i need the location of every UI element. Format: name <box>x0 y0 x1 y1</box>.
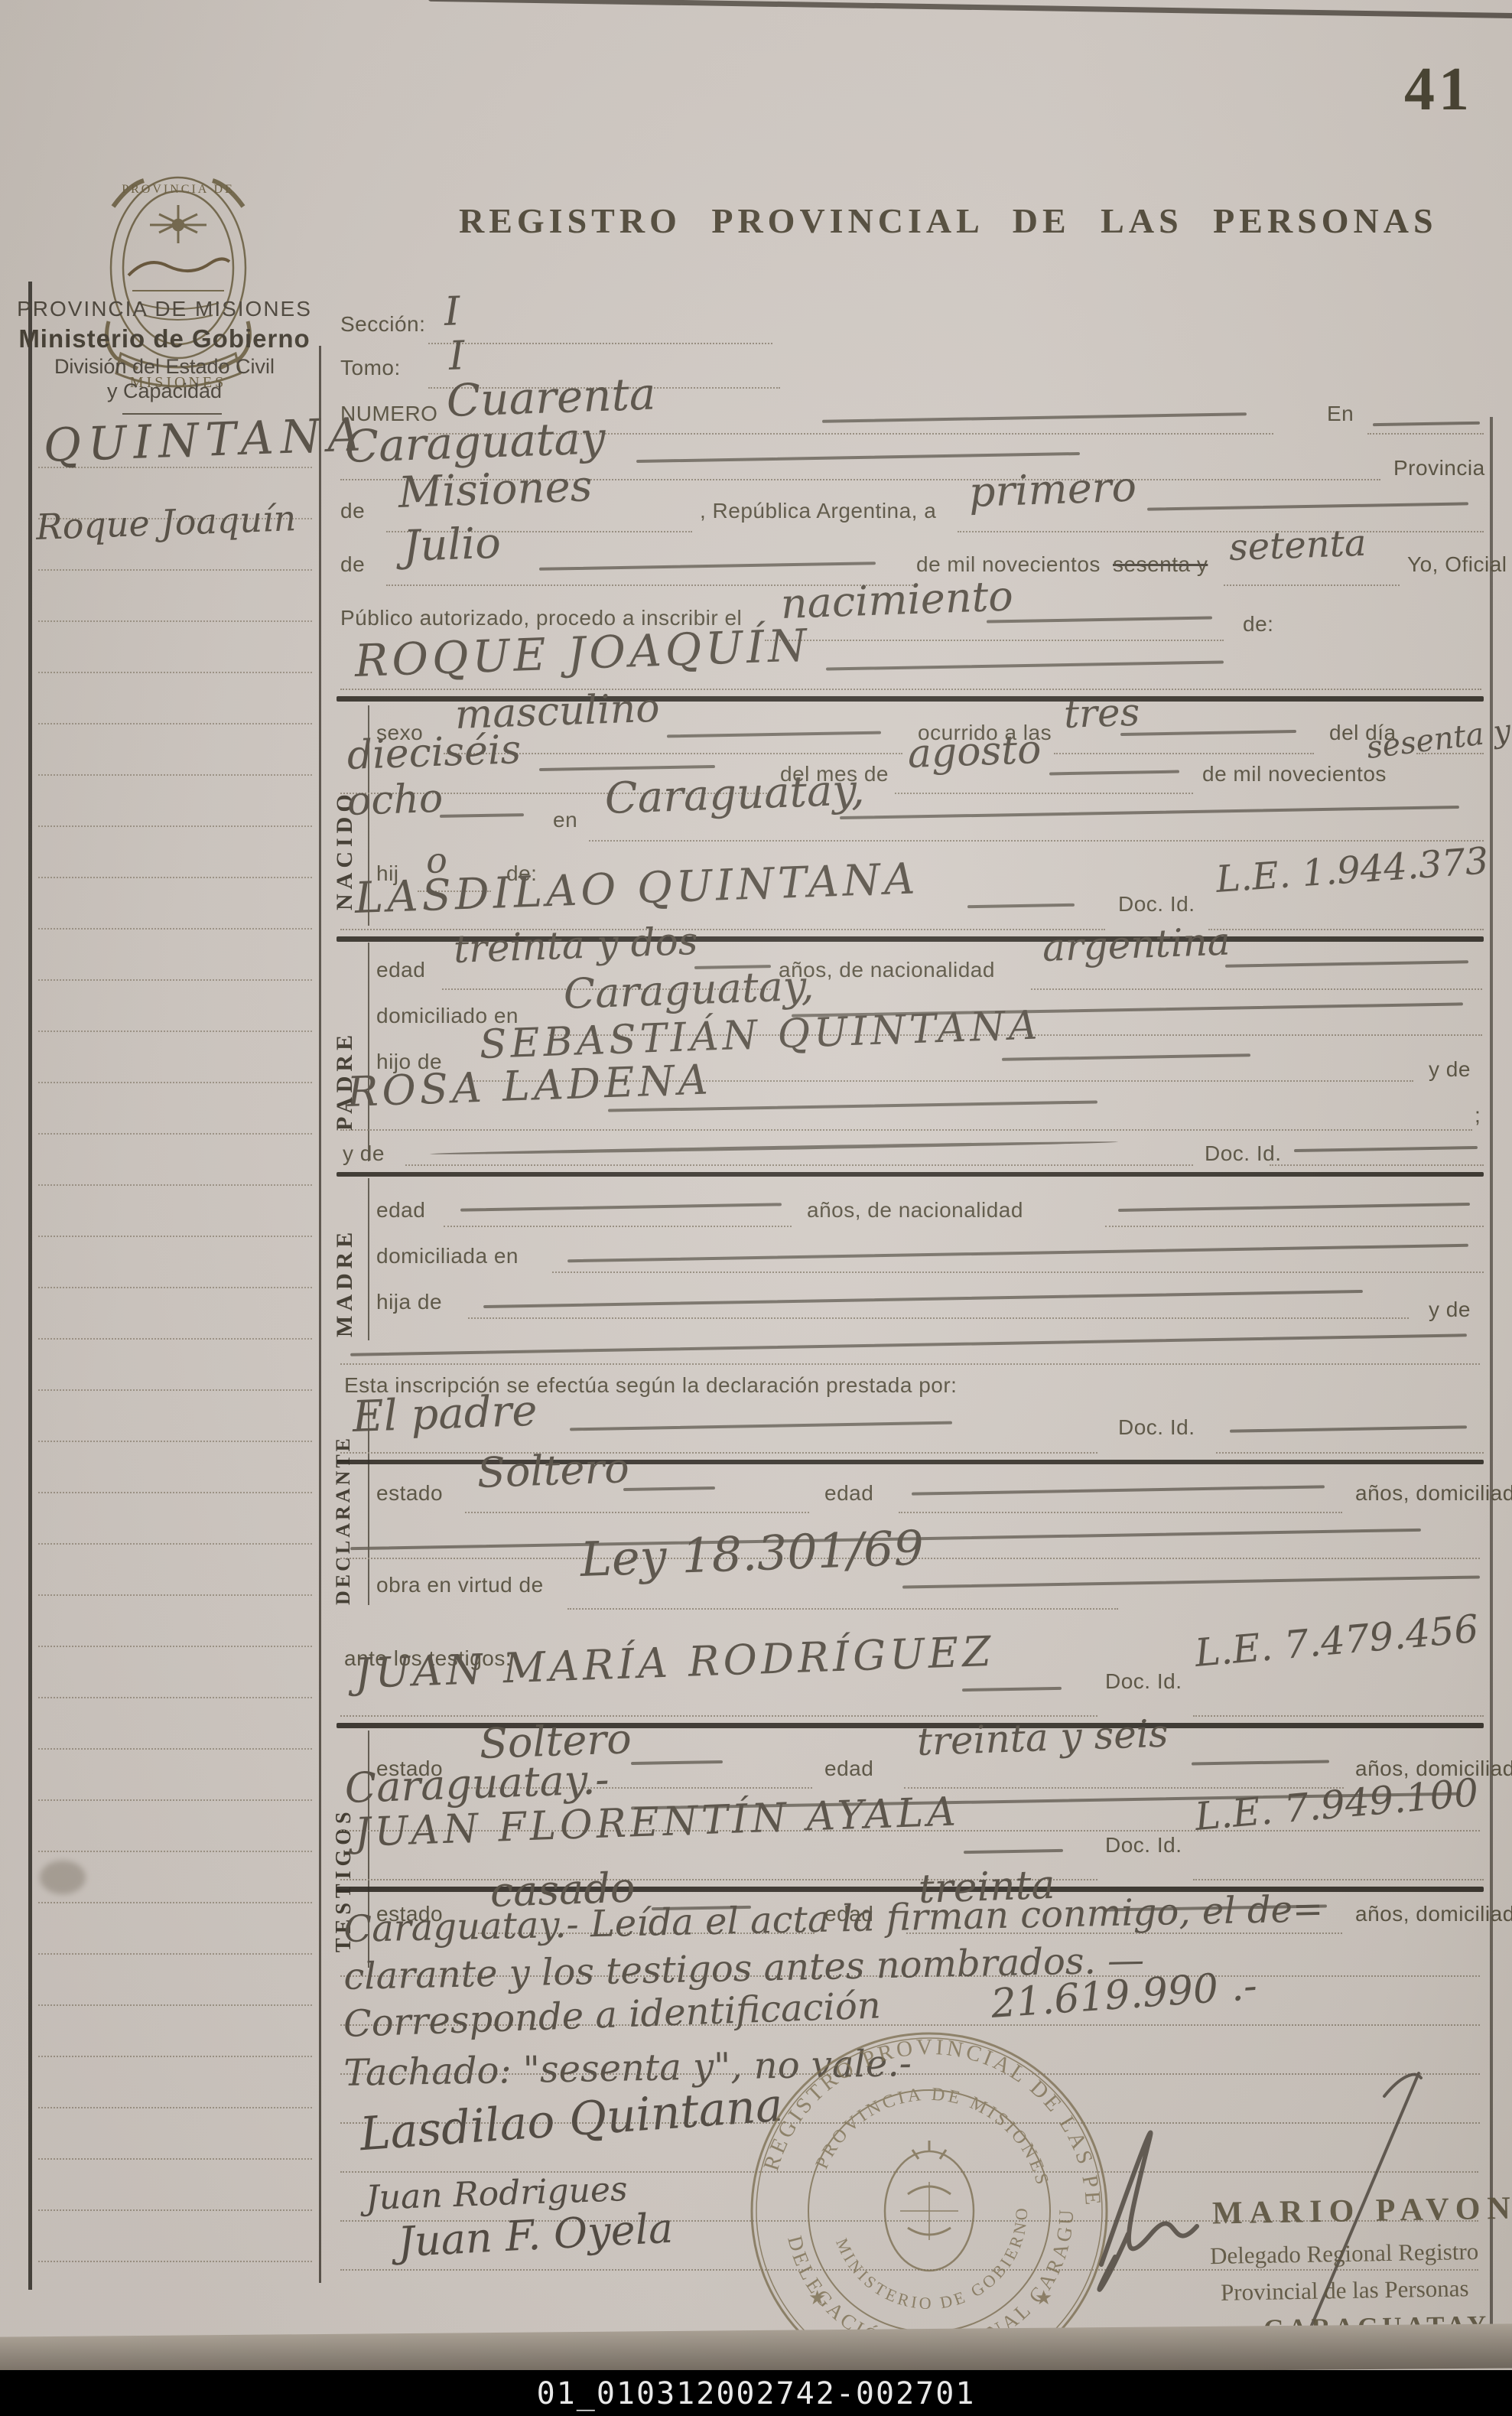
dia-line <box>958 531 1484 532</box>
declarante-edad-label: edad <box>824 1481 873 1506</box>
margin-ruled-line <box>38 1697 312 1698</box>
margin-ruled-line <box>38 2209 312 2211</box>
madre-dom-line <box>552 1271 1484 1273</box>
declarante-value: El padre <box>352 1386 538 1442</box>
padre-doc-label: Doc. Id. <box>1118 892 1195 917</box>
rule-madre <box>337 1172 1484 1177</box>
org-ministry: Ministerio de Gobierno <box>8 324 321 353</box>
madre-nombre-line <box>405 1164 1193 1166</box>
margin-ruled-line <box>38 1543 312 1545</box>
padre-yde-label: y de <box>1429 1057 1471 1082</box>
declarante-anos-label: años, domiciliado en <box>1355 1481 1512 1506</box>
declarante-edad-line <box>899 1512 1342 1513</box>
section-madre-bracket <box>368 1178 369 1340</box>
margin-ruled-line <box>38 1492 312 1493</box>
padre-doc-line <box>1208 929 1484 930</box>
de-label: de <box>340 499 365 523</box>
declarante-estado-value: Soltero <box>476 1444 630 1497</box>
pencil-smudge <box>40 1861 86 1894</box>
provincia-label: Provincia <box>1393 456 1485 480</box>
margin-ruled-line <box>38 1441 312 1442</box>
declarante-line <box>340 1452 1097 1454</box>
section-declarante: DECLARANTE <box>332 1400 355 1605</box>
margin-divider-rule <box>319 346 321 2283</box>
seal-top-text: PROVINCIA DE <box>122 183 235 196</box>
declarante-doc-label: Doc. Id. <box>1118 1415 1195 1440</box>
margin-ruled-line <box>38 723 312 724</box>
testigo1-edad-label: edad <box>824 1757 873 1781</box>
padre-edad-label: edad <box>376 958 425 982</box>
testigo1-doc-label: Doc. Id. <box>1105 1669 1182 1694</box>
scan-footer-code: 01_010312002742-002701 <box>0 2376 1512 2411</box>
provincia-value: Misiones <box>398 461 593 518</box>
testigo2-doc-label: Doc. Id. <box>1105 1833 1182 1858</box>
en-nac-label: en <box>553 808 577 832</box>
margin-ruled-line <box>38 2056 312 2057</box>
abuela-line <box>340 1129 1472 1131</box>
madre-doc-line <box>1270 1164 1484 1166</box>
margin-ruled-line <box>38 928 312 930</box>
madre-yde2-label: y de <box>1429 1298 1471 1322</box>
en-line <box>1367 433 1484 435</box>
official-title-1: Delegado Regional Registro <box>1210 2238 1479 2270</box>
org-province: PROVINCIA DE MISIONES <box>8 297 321 321</box>
padre-nac-value: argentina <box>1042 919 1231 970</box>
stamp-star-left: ★ <box>808 2286 826 2309</box>
de2-label: de <box>340 552 365 577</box>
stamp-inner-bottom-text: MINISTERIO DE GOBIERNO <box>832 2205 1031 2313</box>
tomo-value: I <box>448 333 466 379</box>
svg-text:PROVINCIA DE MISIONES: PROVINCIA DE MISIONES <box>812 2085 1053 2190</box>
margin-left-border <box>28 282 32 2290</box>
margin-ruled-line <box>38 1799 312 1801</box>
madre-edad-line <box>444 1226 792 1227</box>
margin-surname: Quintana <box>43 408 369 473</box>
seccion-value: I <box>444 288 461 335</box>
margin-ruled-line <box>38 1082 312 1083</box>
mes-nac-value: agosto <box>907 727 1042 777</box>
en-label: En <box>1327 402 1354 426</box>
madre-doc-label: Doc. Id. <box>1205 1141 1281 1166</box>
margin-ruled-line <box>38 1133 312 1135</box>
declarante-doc-line <box>1216 1452 1484 1454</box>
decada-line <box>1224 584 1400 586</box>
org-division-2: y Capacidad <box>8 379 321 403</box>
lugar-nac-line <box>589 840 1484 842</box>
stamp-inner-top-text: PROVINCIA DE MISIONES <box>812 2085 1053 2190</box>
margin-ruled-line <box>38 1902 312 1903</box>
testigo1-doc-line <box>1193 1715 1484 1717</box>
lugar-nac-value: Caraguatay, <box>604 765 866 824</box>
decada-value: setenta <box>1228 522 1367 569</box>
testigo2-doc-line <box>1193 1879 1484 1880</box>
margin-ruled-line <box>38 2261 312 2262</box>
testigo1-edad-value: treinta y seis <box>916 1711 1169 1764</box>
margin-ruled-line <box>38 1389 312 1391</box>
margin-ruled-line <box>38 2158 312 2160</box>
padre-edad-value: treinta y dos <box>453 919 698 972</box>
tomo-label: Tomo: <box>340 356 401 380</box>
testigo1-line <box>340 1715 1097 1717</box>
svg-text:MINISTERIO DE GOBIERNO: MINISTERIO DE GOBIERNO <box>832 2205 1031 2313</box>
mes-nac-line <box>895 793 1193 794</box>
margin-ruled-line <box>38 1184 312 1186</box>
ley-line <box>567 1608 1118 1610</box>
seccion-label: Sección: <box>340 312 425 337</box>
margin-ruled-line <box>38 1236 312 1237</box>
margin-ruled-line <box>38 1953 312 1955</box>
official-name: MARIO PAVON <box>1212 2190 1512 2232</box>
margin-ruled-line <box>38 825 312 827</box>
padre-nac-line <box>1031 988 1482 990</box>
seccion-line <box>428 343 772 344</box>
madre-hija-label: hija de <box>376 1290 442 1314</box>
obra-label: obra en virtud de <box>376 1573 544 1597</box>
madre-nac-label: años, de nacionalidad <box>807 1198 1023 1223</box>
margin-ruled-line <box>38 1851 312 1852</box>
mes-value: Julio <box>402 519 502 571</box>
page-number: 41 <box>1404 55 1473 125</box>
margin-ruled-line <box>38 774 312 776</box>
anio-nac-value2: ocho <box>346 776 444 825</box>
scanned-document: 41 REGISTRO PROVINCIAL DE LAS PERSONAS P… <box>0 0 1512 2416</box>
page-right-edge <box>1490 417 1493 2333</box>
org-division-1: División del Estado Civil <box>8 355 321 379</box>
margin-ruled-line <box>38 2004 312 2006</box>
testigo2-anos-label: años, domiciliado en <box>1355 1902 1512 1926</box>
margin-ruled-line <box>38 620 312 622</box>
oficial-label: Yo, Oficial <box>1407 552 1507 577</box>
stamp-star-right: ★ <box>1035 2286 1052 2309</box>
declarante-estado-line <box>465 1512 809 1513</box>
margin-ruled-line <box>38 1338 312 1340</box>
dia-nac-value: dieciséis <box>346 727 522 779</box>
madre-hija-line <box>468 1317 1409 1319</box>
padre-dom-value: Caraguatay, <box>563 962 815 1018</box>
declarante-estado-label: estado <box>376 1481 443 1506</box>
madre-nac-line <box>1105 1226 1484 1227</box>
dia-value: primero <box>968 462 1137 516</box>
madre-blank-line <box>340 1363 1480 1365</box>
acto-line <box>765 640 1224 641</box>
margin-ruled-line <box>38 1748 312 1750</box>
margin-ruled-line <box>38 569 312 571</box>
margin-ruled-line <box>38 1594 312 1596</box>
hora-value: tres <box>1063 690 1140 737</box>
de3-label: de: <box>1243 612 1273 637</box>
margin-ruled-line <box>38 877 312 878</box>
madre-dom-label: domiciliada en <box>376 1244 519 1268</box>
official-title-2: Provincial de las Personas <box>1221 2274 1469 2307</box>
margin-ruled-line <box>38 1287 312 1288</box>
madre-yde-label: y de <box>343 1141 385 1166</box>
tachado-value: sesenta y <box>1113 552 1208 577</box>
margin-ruled-line <box>38 1031 312 1032</box>
republica-label: , República Argentina, a <box>700 499 936 523</box>
acto-value: nacimiento <box>780 571 1014 628</box>
madre-edad-label: edad <box>376 1198 425 1223</box>
hora-line <box>1054 753 1314 754</box>
document-title: REGISTRO PROVINCIAL DE LAS PERSONAS <box>459 200 1361 241</box>
margin-ruled-line <box>38 672 312 673</box>
abuela-punto: ; <box>1475 1103 1481 1128</box>
margin-ruled-line <box>38 1646 312 1647</box>
margin-ruled-line <box>38 979 312 981</box>
section-madre: MADRE <box>332 1200 358 1337</box>
anio-nac-label: de mil novecientos <box>1202 762 1387 786</box>
margin-ruled-line <box>38 2107 312 2108</box>
